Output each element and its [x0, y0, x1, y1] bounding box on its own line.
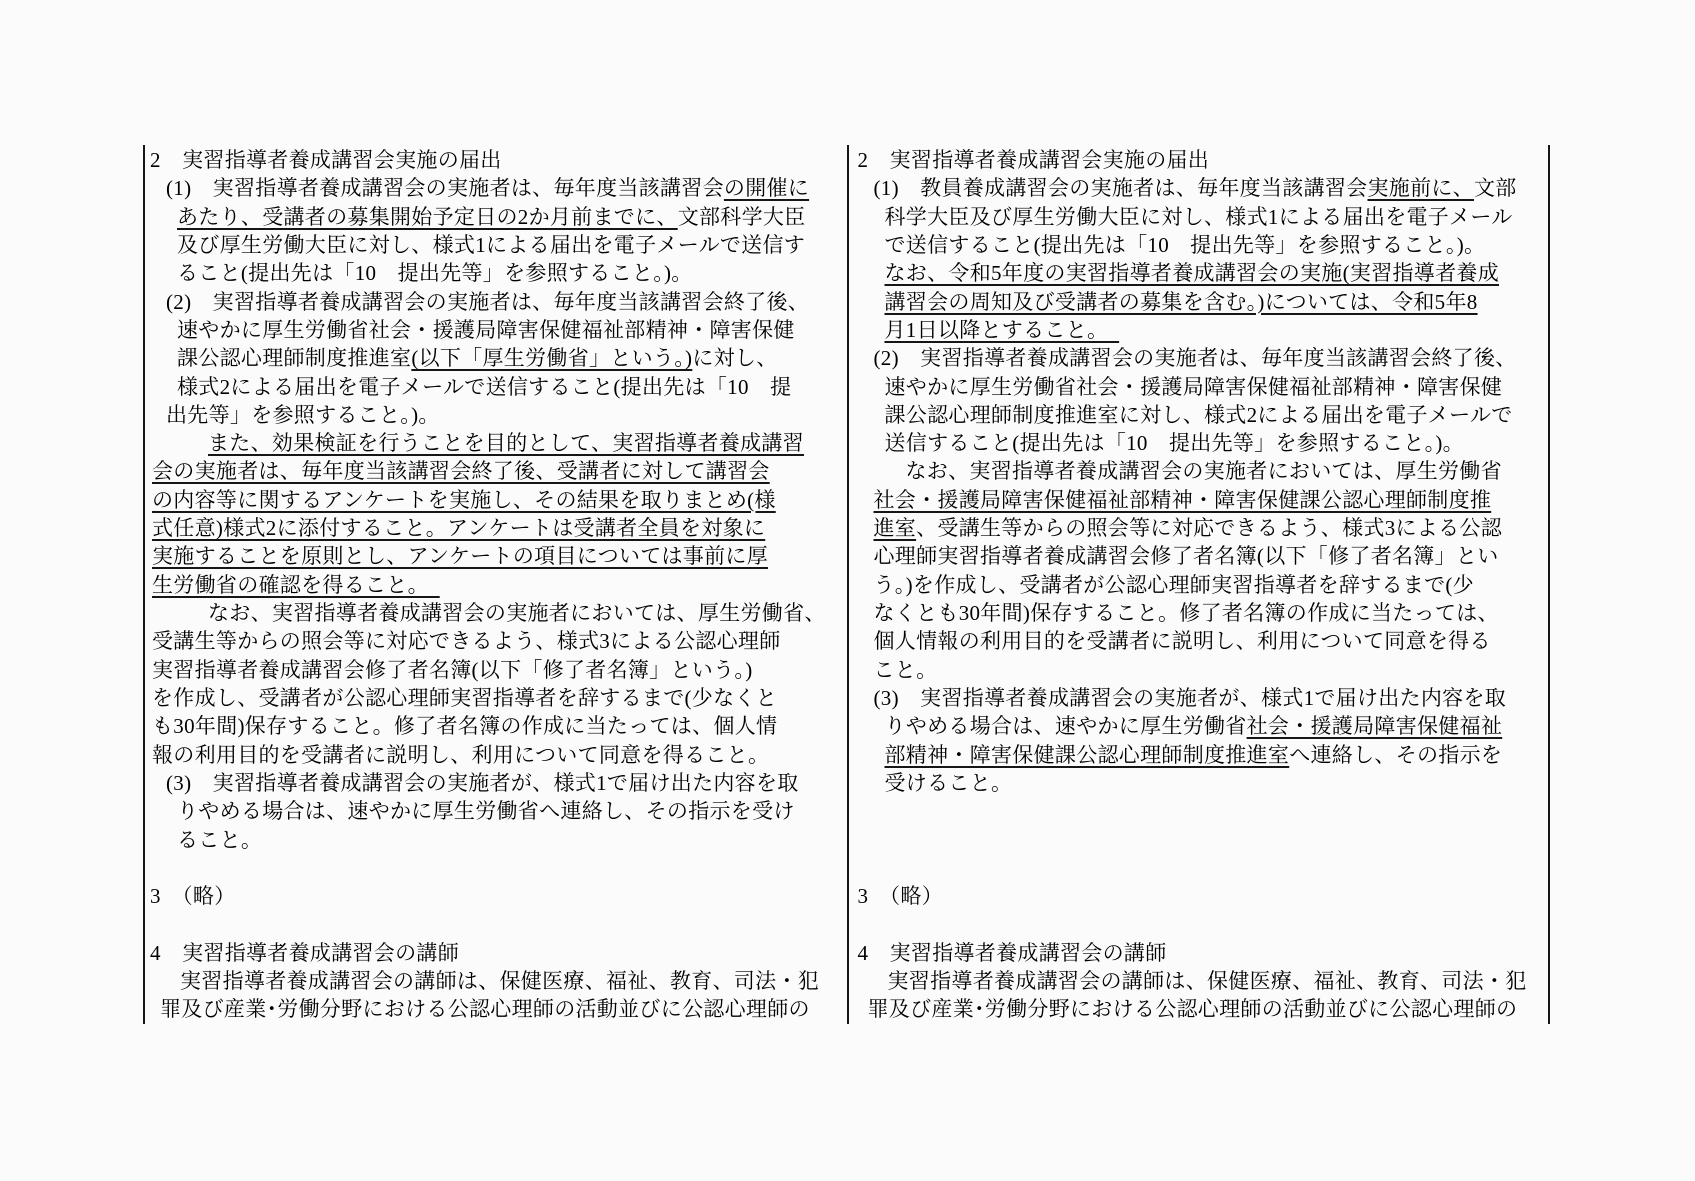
text-line: 心理師実習指導者養成講習会修了者名簿(以下「修了者名簿」とい: [858, 542, 1549, 570]
text-line: (2) 実習指導者養成講習会の実施者は、毎年度当該講習会終了後、: [150, 288, 847, 316]
text-segment: 実習指導者養成講習会の講師は、保健医療、福祉、教育、司法・犯: [888, 969, 1527, 993]
blank-line: [858, 826, 1549, 854]
text-segment: 受講生等からの照会等に対応できるよう、様式3による公認心理師: [152, 629, 781, 653]
amended-text-underlined: 実施することを原則とし、アンケートの項目については事前に厚: [152, 544, 768, 568]
text-line: 会の実施者は、毎年度当該講習会終了後、受講者に対して講習会: [150, 457, 847, 485]
text-line: 出先等」を参照すること。)。: [150, 401, 847, 429]
text-segment: 送信すること(提出先は「10 提出先等」を参照すること。)。: [885, 431, 1464, 455]
text-line: 社会・援護局障害保健福祉部精神・障害保健課公認心理師制度推: [858, 486, 1549, 514]
text-segment: 文部科学大臣: [678, 205, 806, 229]
text-line: あたり、受講者の募集開始予定日の2か月前までに、文部科学大臣: [150, 203, 847, 231]
amended-text-underlined: 社会・援護局障害保健福祉: [1247, 714, 1503, 738]
amended-text-underlined: (以下「厚生労働省」という。): [411, 346, 692, 370]
text-line: う。)を作成し、受講者が公認心理師実習指導者を辞するまで(少: [858, 571, 1549, 599]
text-line: 科学大臣及び厚生労働大臣に対し、様式1による届出を電子メール: [858, 203, 1549, 231]
text-line: 報の利用目的を受講者に説明し、利用について同意を得ること。: [150, 741, 847, 769]
text-line: 生労働省の確認を得ること。: [150, 571, 847, 599]
text-segment: (2) 実習指導者養成講習会の実施者は、毎年度当該講習会終了後、: [874, 346, 1517, 370]
text-segment: (2) 実習指導者養成講習会の実施者は、毎年度当該講習会終了後、: [166, 290, 809, 314]
blank-line: [858, 910, 1549, 938]
text-segment: 様式2による届出を電子メールで送信すること(提出先は「10 提: [177, 375, 791, 399]
text-segment: 罪及び産業･労働分野における公認心理師の活動並びに公認心理師の: [868, 997, 1518, 1021]
amended-text-underlined: 部精神・障害保健課公認心理師制度推進室: [885, 743, 1290, 767]
comparison-table: 2 実習指導者養成講習会実施の届出(1) 実習指導者養成講習会の実施者は、毎年度…: [143, 145, 1550, 1024]
text-segment: なお、実習指導者養成講習会の実施者においては、厚生労働省、: [208, 601, 826, 625]
text-line: 課公認心理師制度推進室に対し、様式2による届出を電子メールで: [858, 401, 1549, 429]
text-line: こと。: [858, 656, 1549, 684]
amended-text-underlined: の開催に: [724, 176, 809, 200]
right-column: 2 実習指導者養成講習会実施の届出(1) 教員養成講習会の実施者は、毎年度当該講…: [847, 145, 1551, 1024]
text-line: で送信すること(提出先は「10 提出先等」を参照すること。)。: [858, 231, 1549, 259]
text-segment: (3) 実習指導者養成講習会の実施者が、様式1で届け出た内容を取: [166, 771, 799, 795]
text-line: (3) 実習指導者養成講習会の実施者が、様式1で届け出た内容を取: [858, 684, 1549, 712]
text-line: 罪及び産業･労働分野における公認心理師の活動並びに公認心理師の: [150, 995, 847, 1023]
blank-line: [150, 854, 847, 882]
text-segment: 速やかに厚生労働省社会・援護局障害保健福祉部精神・障害保健: [885, 375, 1503, 399]
text-segment: を作成し、受講者が公認心理師実習指導者を辞するまで(少なくと: [152, 686, 777, 710]
text-segment: 、受講生等からの照会等に対応できるよう、様式3による公認: [916, 516, 1502, 540]
amended-text-underlined: 社会・援護局障害保健福祉部精神・障害保健課公認心理師制度推: [874, 488, 1492, 512]
text-line: りやめる場合は、速やかに厚生労働省へ連絡し、その指示を受け: [150, 797, 847, 825]
text-line: 3 （略）: [150, 882, 847, 910]
text-segment: 課公認心理師制度推進室: [177, 346, 411, 370]
text-line: 月1日以降とすること。: [858, 316, 1549, 344]
text-line: なお、実習指導者養成講習会の実施者においては、厚生労働省: [858, 457, 1549, 485]
text-line: 式任意)様式2に添付すること。アンケートは受講者全員を対象に: [150, 514, 847, 542]
text-segment: う。)を作成し、受講者が公認心理師実習指導者を辞するまで(少: [874, 573, 1474, 597]
amended-text-underlined: の内容等に関するアンケートを実施し、その結果を取りまとめ(様: [152, 488, 776, 512]
text-line: の内容等に関するアンケートを実施し、その結果を取りまとめ(様: [150, 486, 847, 514]
text-line: (3) 実習指導者養成講習会の実施者が、様式1で届け出た内容を取: [150, 769, 847, 797]
text-segment: なお、実習指導者養成講習会の実施者においては、厚生労働省: [906, 459, 1502, 483]
text-line: 実習指導者養成講習会の講師は、保健医療、福祉、教育、司法・犯: [858, 967, 1549, 995]
text-segment: 心理師実習指導者養成講習会修了者名簿(以下「修了者名簿」とい: [874, 544, 1499, 568]
text-line: 4 実習指導者養成講習会の講師: [858, 939, 1549, 967]
amended-text-underlined: 会の実施者は、毎年度当該講習会終了後、受講者に対して講習会: [152, 459, 770, 483]
text-line: なくとも30年間)保存すること。修了者名簿の作成に当たっては、: [858, 599, 1549, 627]
text-segment: (1) 教員養成講習会の実施者は、毎年度当該講習会: [874, 176, 1368, 200]
text-line: 実習指導者養成講習会修了者名簿(以下「修了者名簿」という。): [150, 656, 847, 684]
text-segment: 実習指導者養成講習会修了者名簿(以下「修了者名簿」という。): [152, 658, 752, 682]
text-segment: 受けること。: [885, 771, 1013, 795]
amended-text-underlined: 実施前に、: [1367, 176, 1474, 200]
text-segment: へ連絡し、その指示を: [1289, 743, 1502, 767]
text-line: 3 （略）: [858, 882, 1549, 910]
text-line: ること。: [150, 826, 847, 854]
text-line: (1) 実習指導者養成講習会の実施者は、毎年度当該講習会の開催に: [150, 174, 847, 202]
text-segment: りやめる場合は、速やかに厚生労働省: [885, 714, 1247, 738]
text-line: 及び厚生労働大臣に対し、様式1による届出を電子メールで送信す: [150, 231, 847, 259]
text-line: 2 実習指導者養成講習会実施の届出: [150, 146, 847, 174]
text-line: 実習指導者養成講習会の講師は、保健医療、福祉、教育、司法・犯: [150, 967, 847, 995]
text-segment: 報の利用目的を受講者に説明し、利用について同意を得ること。: [152, 743, 769, 767]
text-line: また、効果検証を行うことを目的として、実習指導者養成講習: [150, 429, 847, 457]
text-segment: 3 （略）: [150, 884, 236, 908]
text-line: 進室、受講生等からの照会等に対応できるよう、様式3による公認: [858, 514, 1549, 542]
left-column: 2 実習指導者養成講習会実施の届出(1) 実習指導者養成講習会の実施者は、毎年度…: [143, 145, 847, 1024]
text-line: (1) 教員養成講習会の実施者は、毎年度当該講習会実施前に、文部: [858, 174, 1549, 202]
text-line: なお、実習指導者養成講習会の実施者においては、厚生労働省、: [150, 599, 847, 627]
blank-line: [150, 910, 847, 938]
text-line: りやめる場合は、速やかに厚生労働省社会・援護局障害保健福祉: [858, 712, 1549, 740]
text-line: 2 実習指導者養成講習会実施の届出: [858, 146, 1549, 174]
text-segment: こと。: [874, 658, 938, 682]
text-segment: 及び厚生労働大臣に対し、様式1による届出を電子メールで送信す: [177, 233, 805, 257]
text-line: 罪及び産業･労働分野における公認心理師の活動並びに公認心理師の: [858, 995, 1549, 1023]
text-segment: 罪及び産業･労働分野における公認心理師の活動並びに公認心理師の: [160, 997, 810, 1021]
amended-text-underlined: 式任意)様式2に添付すること。アンケートは受講者全員を対象に: [152, 516, 765, 540]
blank-line: [858, 797, 1549, 825]
text-line: 速やかに厚生労働省社会・援護局障害保健福祉部精神・障害保健: [858, 373, 1549, 401]
text-line: を作成し、受講者が公認心理師実習指導者を辞するまで(少なくと: [150, 684, 847, 712]
document-page: 2 実習指導者養成講習会実施の届出(1) 実習指導者養成講習会の実施者は、毎年度…: [0, 0, 1695, 1181]
amended-text-underlined: 進室: [874, 516, 917, 540]
text-segment: 課公認心理師制度推進室に対し、様式2による届出を電子メールで: [885, 403, 1513, 427]
text-line: なお、令和5年度の実習指導者養成講習会の実施(実習指導者養成: [858, 259, 1549, 287]
amended-text-underlined: また、効果検証を行うことを目的として、実習指導者養成講習: [208, 431, 804, 455]
text-segment: 実習指導者養成講習会の講師は、保健医療、福祉、教育、司法・犯: [180, 969, 819, 993]
text-line: 講習会の周知及び受講者の募集を含む。)については、令和5年8: [858, 288, 1549, 316]
text-segment: (1) 実習指導者養成講習会の実施者は、毎年度当該講習会: [166, 176, 724, 200]
text-line: 速やかに厚生労働省社会・援護局障害保健福祉部精神・障害保健: [150, 316, 847, 344]
text-segment: なくとも30年間)保存すること。修了者名簿の作成に当たっては、: [874, 601, 1499, 625]
text-line: 実施することを原則とし、アンケートの項目については事前に厚: [150, 542, 847, 570]
text-segment: 出先等」を参照すること。)。: [166, 403, 440, 427]
text-segment: 個人情報の利用目的を受講者に説明し、利用について同意を得る: [874, 629, 1491, 653]
amended-text-underlined: 講習会の周知及び受講者の募集を含む。)については、令和5年8: [885, 290, 1478, 314]
text-segment: 4 実習指導者養成講習会の講師: [858, 941, 1167, 965]
text-segment: 科学大臣及び厚生労働大臣に対し、様式1による届出を電子メール: [885, 205, 1513, 229]
text-segment: ること(提出先は「10 提出先等」を参照すること。)。: [177, 261, 693, 285]
text-segment: 3 （略）: [858, 884, 944, 908]
amended-text-underlined: 月1日以降とすること。: [885, 318, 1120, 342]
text-segment: 2 実習指導者養成講習会実施の届出: [150, 148, 502, 172]
text-line: 受講生等からの照会等に対応できるよう、様式3による公認心理師: [150, 627, 847, 655]
text-segment: (3) 実習指導者養成講習会の実施者が、様式1で届け出た内容を取: [874, 686, 1507, 710]
text-segment: で送信すること(提出先は「10 提出先等」を参照すること。)。: [885, 233, 1486, 257]
text-line: も30年間)保存すること。修了者名簿の作成に当たっては、個人情: [150, 712, 847, 740]
text-segment: 2 実習指導者養成講習会実施の届出: [858, 148, 1210, 172]
text-line: 部精神・障害保健課公認心理師制度推進室へ連絡し、その指示を: [858, 741, 1549, 769]
text-line: (2) 実習指導者養成講習会の実施者は、毎年度当該講習会終了後、: [858, 344, 1549, 372]
text-line: 様式2による届出を電子メールで送信すること(提出先は「10 提: [150, 373, 847, 401]
text-segment: も30年間)保存すること。修了者名簿の作成に当たっては、個人情: [152, 714, 777, 738]
text-line: 4 実習指導者養成講習会の講師: [150, 939, 847, 967]
amended-text-underlined: なお、令和5年度の実習指導者養成講習会の実施(実習指導者養成: [885, 261, 1500, 285]
amended-text-underlined: あたり、受講者の募集開始予定日の2か月前までに、: [177, 205, 678, 229]
text-line: 送信すること(提出先は「10 提出先等」を参照すること。)。: [858, 429, 1549, 457]
text-line: 課公認心理師制度推進室(以下「厚生労働省」という。)に対し、: [150, 344, 847, 372]
text-line: ること(提出先は「10 提出先等」を参照すること。)。: [150, 259, 847, 287]
blank-line: [858, 854, 1549, 882]
text-line: 個人情報の利用目的を受講者に説明し、利用について同意を得る: [858, 627, 1549, 655]
text-segment: 速やかに厚生労働省社会・援護局障害保健福祉部精神・障害保健: [177, 318, 795, 342]
text-segment: ること。: [177, 828, 262, 852]
text-segment: りやめる場合は、速やかに厚生労働省へ連絡し、その指示を受け: [177, 799, 795, 823]
amended-text-underlined: 生労働省の確認を得ること。: [152, 573, 440, 597]
text-segment: 文部: [1474, 176, 1517, 200]
text-segment: に対し、: [692, 346, 777, 370]
text-line: 受けること。: [858, 769, 1549, 797]
text-segment: 4 実習指導者養成講習会の講師: [150, 941, 459, 965]
